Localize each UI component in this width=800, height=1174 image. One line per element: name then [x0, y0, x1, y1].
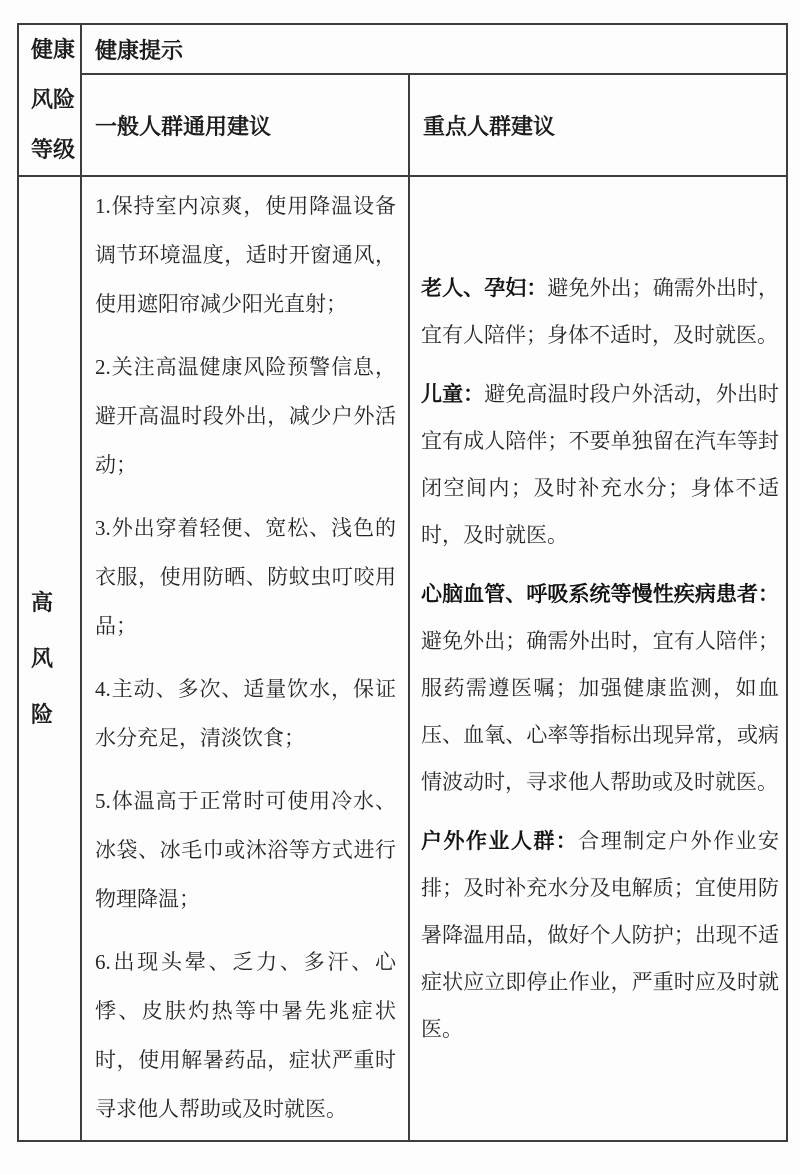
- key-population-advice-item: 儿童：避免高温时段户外活动，外出时宜有成人陪伴；不要单独留在汽车等封闭空间内；及…: [421, 371, 779, 559]
- population-group-label: 心脑血管、呼吸系统等慢性疾病患者：: [421, 583, 779, 606]
- key-population-advice-cell: 老人、孕妇：避免外出；确需外出时，宜有人陪伴；身体不适时，及时就医。儿童：避免高…: [409, 176, 787, 1141]
- general-advice-item: 5.体温高于正常时可使用冷水、冰袋、冰毛巾或沐浴等方式进行物理降温；: [95, 777, 396, 924]
- health-tips-header: 健康提示: [81, 24, 787, 74]
- key-population-advice-header: 重点人群建议: [409, 74, 787, 176]
- general-advice-cell: 1.保持室内凉爽，使用降温设备调节环境温度，适时开窗通风，使用遮阳帘减少阳光直射…: [81, 176, 409, 1141]
- general-population-advice-header: 一般人群通用建议: [81, 74, 409, 176]
- key-population-advice-item: 老人、孕妇：避免外出；确需外出时，宜有人陪伴；身体不适时，及时就医。: [421, 265, 779, 359]
- general-advice-item: 3.外出穿着轻便、宽松、浅色的衣服，使用防晒、防蚊虫叮咬用品；: [95, 504, 396, 651]
- general-advice-item: 2.关注高温健康风险预警信息，避开高温时段外出，减少户外活动；: [95, 343, 396, 490]
- key-population-advice-item: 心脑血管、呼吸系统等慢性疾病患者：避免外出；确需外出时，宜有人陪伴；服药需遵医嘱…: [421, 571, 779, 806]
- general-advice-item: 6.出现头晕、乏力、多汗、心悸、皮肤灼热等中暑先兆症状时，使用解暑药品，症状严重…: [95, 938, 396, 1134]
- health-risk-advice-table: 健康 风险 等级 健康提示 一般人群通用建议 重点人群建议 高风险 1.保持室内…: [17, 23, 788, 1142]
- risk-level-column-header: 健康 风险 等级: [18, 24, 81, 176]
- population-group-label: 老人、孕妇：: [421, 277, 547, 300]
- risk-level-value: 高风险: [18, 176, 81, 1141]
- general-advice-item: 4.主动、多次、适量饮水，保证水分充足，清淡饮食；: [95, 665, 396, 763]
- population-group-label: 儿童：: [421, 383, 484, 406]
- key-population-advice-item: 户外作业人群：合理制定户外作业安排；及时补充水分及电解质；宜使用防暑降温用品，做…: [421, 818, 779, 1053]
- general-advice-item: 1.保持室内凉爽，使用降温设备调节环境温度，适时开窗通风，使用遮阳帘减少阳光直射…: [95, 182, 396, 329]
- document-page: 健康 风险 等级 健康提示 一般人群通用建议 重点人群建议 高风险 1.保持室内…: [0, 0, 800, 1174]
- population-group-label: 户外作业人群：: [421, 830, 578, 853]
